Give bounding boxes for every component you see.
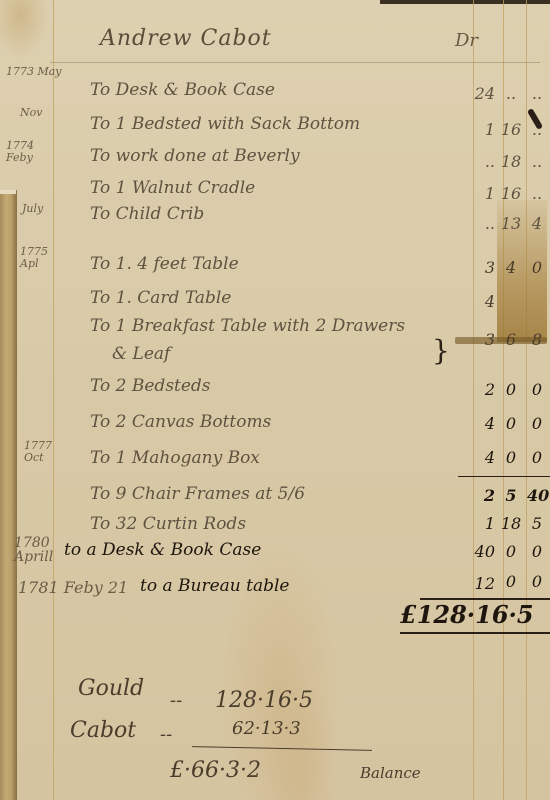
gould-amount: 128·16·5 <box>215 688 313 713</box>
entry-pounds: 2 <box>455 380 495 399</box>
entry-description: To work done at Beverly <box>90 146 300 166</box>
entry-description: To 32 Curtin Rods <box>90 514 246 534</box>
entry-pounds: 12 <box>455 574 495 593</box>
brace-mark: } <box>432 334 450 367</box>
entry-shillings: 16 <box>500 120 522 139</box>
entry-shillings: 6 <box>500 330 522 349</box>
cabot-amount: 62·13·3 <box>232 718 301 739</box>
book-top-edge <box>380 0 550 4</box>
entry-description: To 1 Mahogany Box <box>90 448 260 468</box>
entry-description: to a Desk & Book Case <box>64 540 261 560</box>
ledger-page: Andrew Cabot Dr 1773 May To Desk & Book … <box>0 0 550 800</box>
cabot-label: Cabot <box>70 718 136 743</box>
date-column-rule <box>53 0 54 800</box>
settlement-rule <box>192 746 372 751</box>
entry-pence: 5 <box>527 514 547 533</box>
entry-date: July <box>22 202 43 215</box>
entry-pence: 0 <box>527 380 547 399</box>
entry-pounds: .. <box>455 214 495 233</box>
entry-description: To 1. Card Table <box>90 288 231 308</box>
entry-pence: 0 <box>527 448 547 467</box>
entry-description-continuation: & Leaf <box>112 344 170 364</box>
entry-pence: 0 <box>527 414 547 433</box>
entry-description: To 1 Walnut Cradle <box>90 178 255 198</box>
entry-description: To 9 Chair Frames at 5/6 <box>90 484 305 504</box>
entry-shillings: .. <box>500 84 522 103</box>
entry-description: To 1. 4 feet Table <box>90 254 239 274</box>
debit-mark: Dr <box>455 30 478 51</box>
entry-pence: .. <box>527 184 547 203</box>
entry-description: To 2 Bedsteds <box>90 376 211 396</box>
entry-description: To 1 Bedsted with Sack Bottom <box>90 114 360 134</box>
entry-description: to a Bureau table <box>140 576 289 596</box>
entry-shillings: 16 <box>500 184 522 203</box>
entry-shillings: 0 <box>500 414 522 433</box>
balance-amount: £·66·3·2 <box>170 758 261 783</box>
book-spine-edge <box>0 190 17 800</box>
entry-shillings: 18 <box>500 152 522 171</box>
entry-date: 1780 Aprill <box>14 536 66 564</box>
entry-date: 1775 Apl <box>20 246 52 270</box>
entry-date: 1773 May <box>6 66 62 78</box>
entry-shillings: 0 <box>500 572 522 591</box>
entry-shillings: 5 <box>500 486 522 505</box>
ledger-total: £128·16·5 <box>400 600 534 629</box>
balance-note: Balance <box>360 764 421 782</box>
entry-pence: .. <box>527 120 547 139</box>
entry-shillings: 4 <box>500 258 522 277</box>
entry-pounds: 40 <box>455 542 495 561</box>
entry-date: 1777 Oct <box>24 440 52 464</box>
entry-pounds: 1 <box>455 514 495 533</box>
entry-shillings: 18 <box>500 514 522 533</box>
entry-pounds: 1 <box>455 120 495 139</box>
entry-pounds: 3 <box>455 258 495 277</box>
entry-pence: 0 <box>527 572 547 591</box>
subtotal-rule <box>458 476 550 477</box>
entry-date: 1774 Feby <box>6 140 46 164</box>
entry-pence: 40 <box>527 486 547 505</box>
entry-shillings: 13 <box>500 214 522 233</box>
entry-pounds: 4 <box>455 292 495 311</box>
entry-pounds: 4 <box>455 414 495 433</box>
entry-pounds: 2 <box>455 486 495 505</box>
entry-description: To Child Crib <box>90 204 204 224</box>
entry-pounds: 3 <box>455 330 495 349</box>
entry-pounds: .. <box>455 152 495 171</box>
entry-shillings: 0 <box>500 448 522 467</box>
entry-shillings: 0 <box>500 542 522 561</box>
entry-pounds: 24 <box>455 84 495 103</box>
account-holder-name: Andrew Cabot <box>100 26 272 51</box>
entry-pence: .. <box>527 84 547 103</box>
entry-description: To 2 Canvas Bottoms <box>90 412 271 432</box>
entry-pence: 8 <box>527 330 547 349</box>
entry-date: 1781 Feby 21 <box>18 578 128 597</box>
entry-description: To Desk & Book Case <box>90 80 275 100</box>
entry-pounds: 4 <box>455 448 495 467</box>
gould-label: Gould <box>78 676 144 701</box>
entry-pence: 0 <box>527 542 547 561</box>
entry-description: To 1 Breakfast Table with 2 Drawers <box>90 316 405 336</box>
entry-pence: 4 <box>527 214 547 233</box>
spine-cap <box>0 190 16 194</box>
entry-date: Nov <box>20 106 42 119</box>
entry-pounds: 1 <box>455 184 495 203</box>
total-rule-bottom <box>400 632 550 634</box>
header-rule <box>50 62 540 63</box>
entry-pence: .. <box>527 152 547 171</box>
entry-shillings: 0 <box>500 380 522 399</box>
entry-pence: 0 <box>527 258 547 277</box>
